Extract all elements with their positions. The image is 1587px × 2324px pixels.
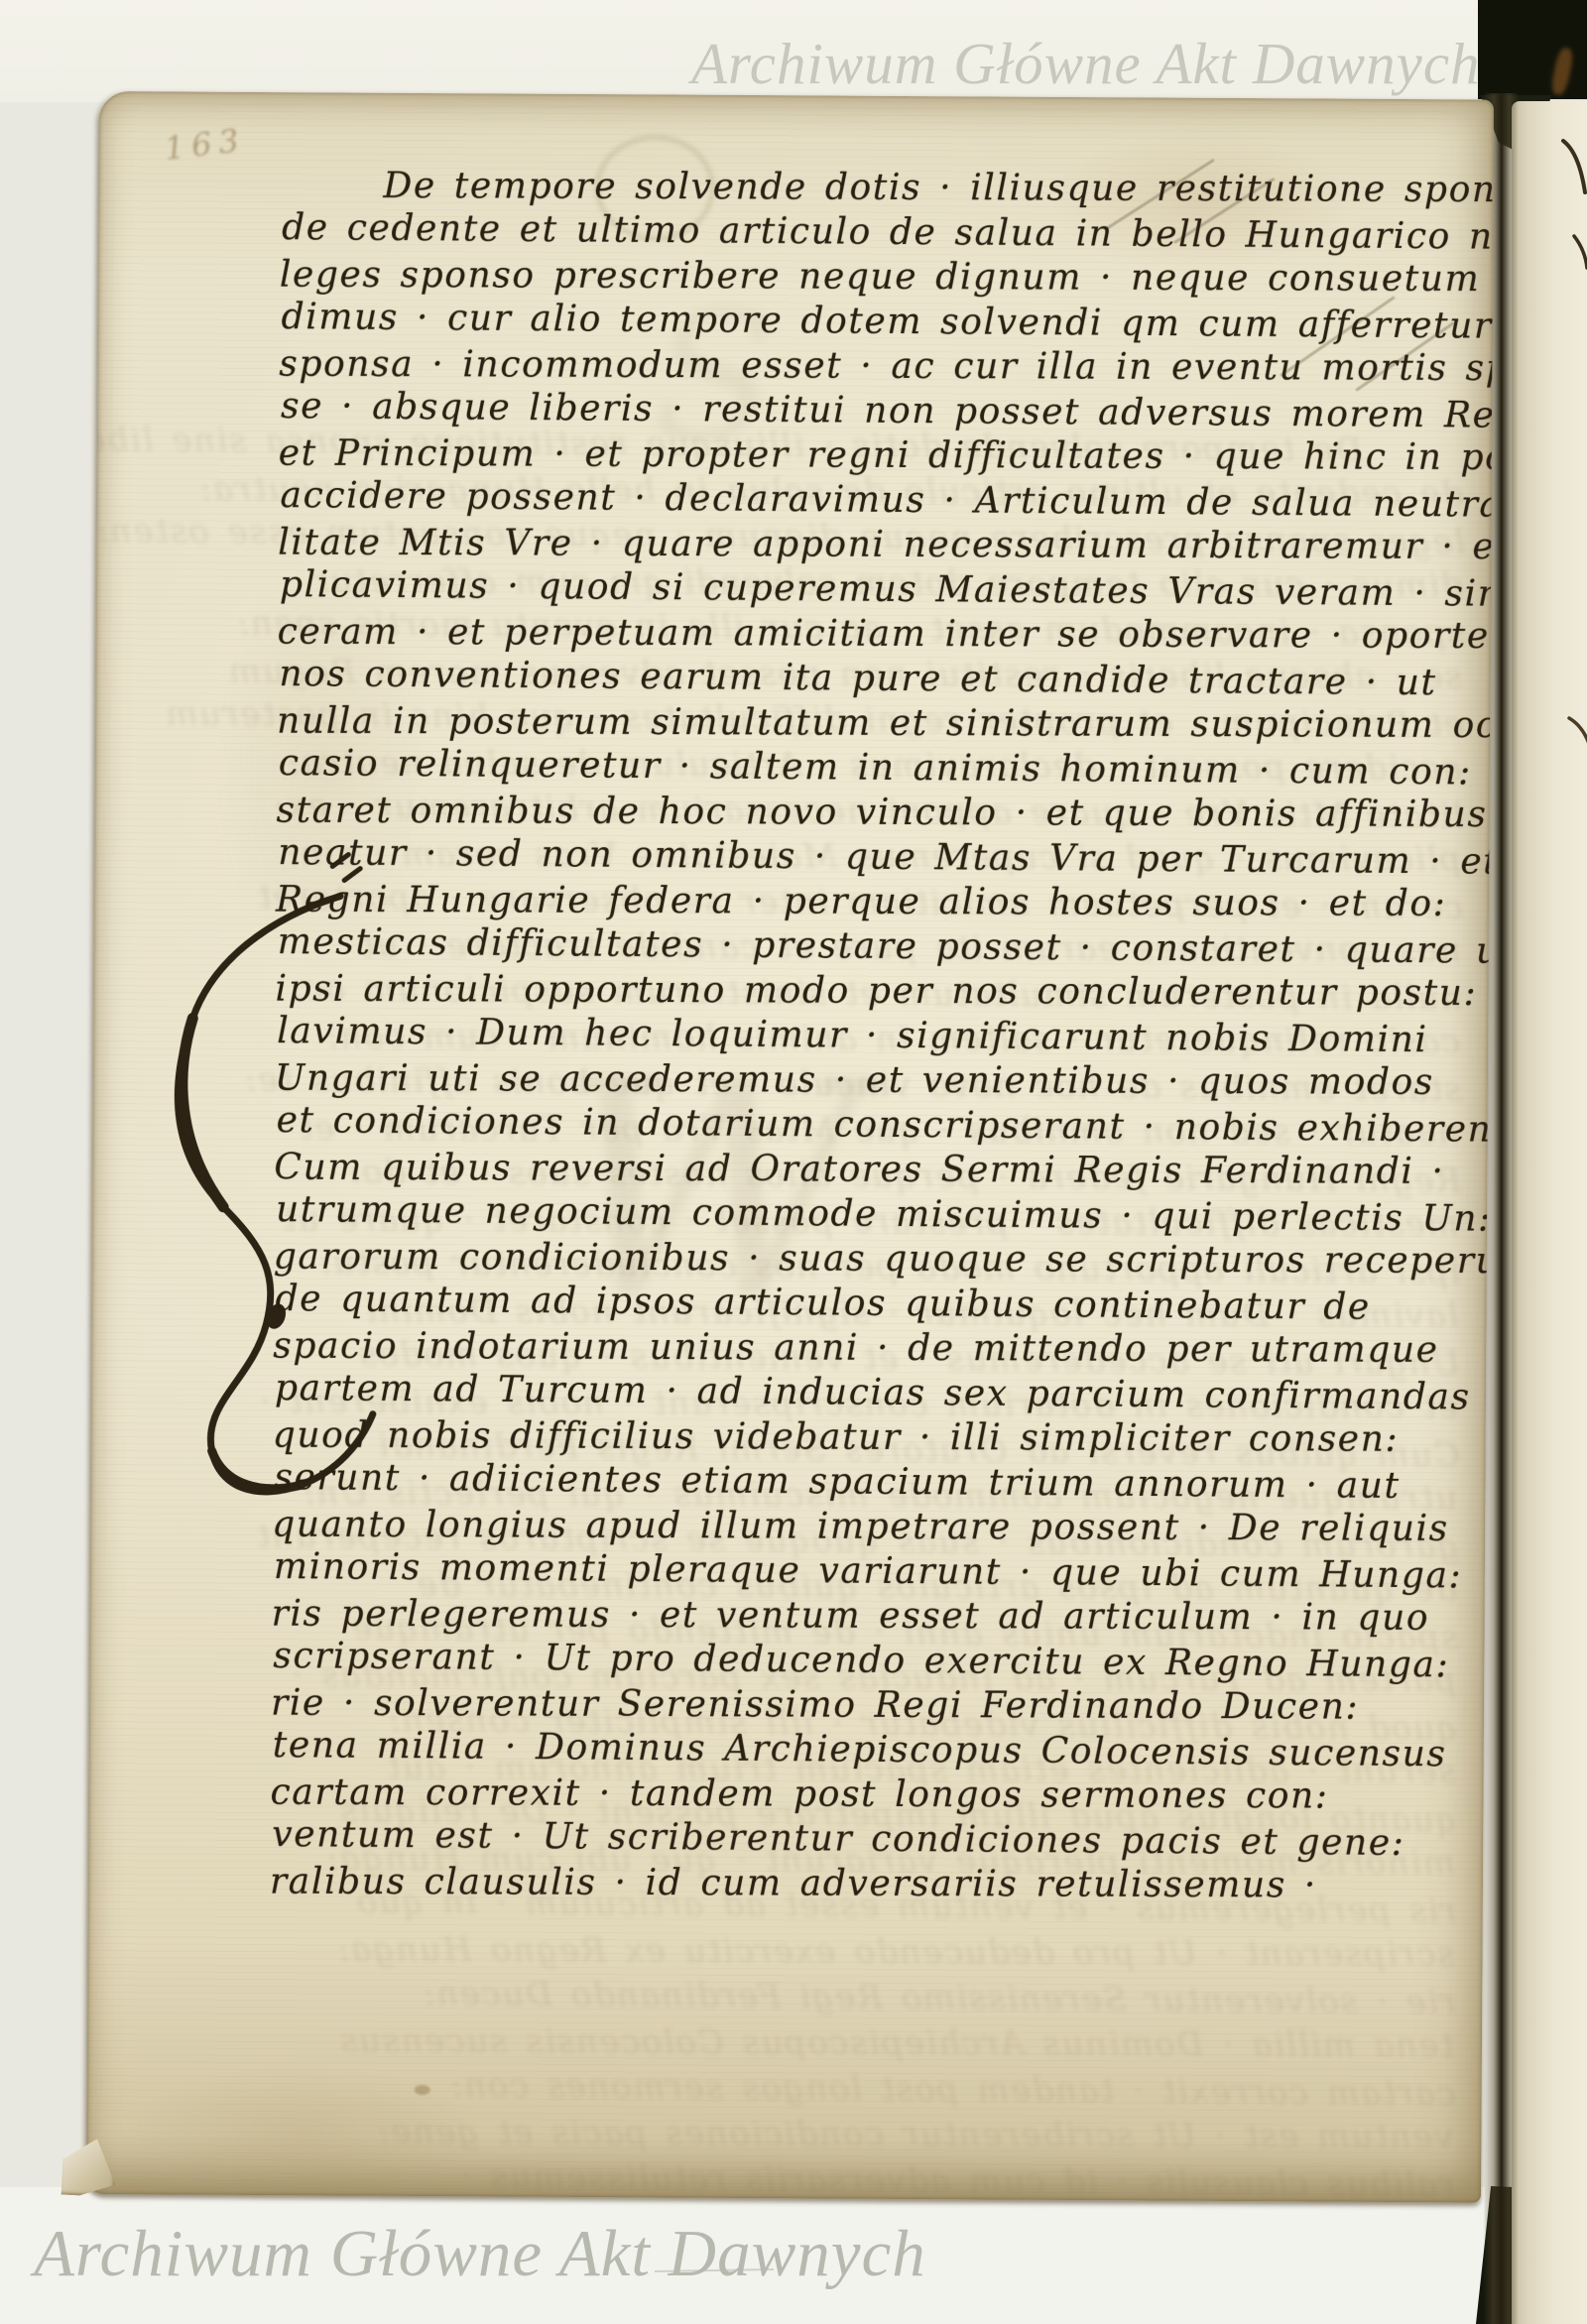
top-backing-sheet	[0, 0, 1482, 102]
manuscript-line: De tempore solvende dotis · illiusque re…	[280, 164, 1494, 213]
manuscript-line: lavimus · Dum hec loquimur · significaru…	[277, 1009, 1494, 1063]
manuscript-line: de cedente et ultimo articulo de salua i…	[282, 205, 1494, 260]
manuscript-line: cartam correxit · tandem post longos ser…	[270, 1771, 1494, 1820]
manuscript-line: staret omnibus de hoc novo vinculo · et …	[276, 789, 1493, 838]
manuscript-line: spacio indotarium unius anni · de mitten…	[273, 1324, 1494, 1374]
manuscript-line: leges sponso prescribere neque dignum · …	[280, 253, 1494, 303]
scanned-archive-image: W S De tempore solvende dotis · illiusqu…	[0, 0, 1587, 2324]
manuscript-line: Ungari uti se accederemus · et venientib…	[275, 1056, 1494, 1106]
manuscript-line: se · absque liberis · restitui non posse…	[281, 384, 1494, 438]
manuscript-line: casio relinqueretur · saltem in animis h…	[279, 741, 1494, 795]
manuscript-line: de quantum ad ipsos articulos quibus con…	[275, 1277, 1494, 1331]
manuscript-line: partem ad Turcum · ad inducias sex parci…	[275, 1366, 1494, 1420]
manuscript-page: W S De tempore solvende dotis · illiusqu…	[86, 91, 1494, 2203]
manuscript-line: nos conventiones earum ita pure et candi…	[279, 652, 1494, 706]
manuscript-line: et condiciones in dotarium conscripseran…	[276, 1098, 1493, 1153]
ghost-line: scripserant · Ut pro deducendo exercitu …	[224, 1926, 1454, 1977]
bottom-backing-sheet	[0, 2187, 1485, 2324]
manuscript-line: mesticas difficultates · prestare posset…	[278, 919, 1494, 974]
manuscript-line: quod nobis difficilius videbatur · illi …	[273, 1413, 1494, 1463]
ghost-line: rie · solverentur Serenissimo Regi Ferdi…	[226, 1969, 1456, 2025]
manuscript-line: ipsi articuli opportuno modo per nos con…	[275, 967, 1494, 1017]
manuscript-line: dimus · cur alio tempore dotem solvendi …	[281, 295, 1494, 349]
manuscript-line: plicavimus · quod si cuperemus Maiestate…	[280, 562, 1494, 617]
ghost-line: ralibus clausulis · id cum adversariis r…	[225, 2151, 1455, 2202]
manuscript-line: ris perlegeremus · et ventum esset ad ar…	[272, 1592, 1494, 1642]
manuscript-line: Regni Hungarie federa · perque alios hos…	[276, 878, 1494, 927]
manuscript-line: nulla in posterum simultatum et sinistra…	[277, 699, 1494, 749]
manuscript-line: minoris momenti pleraque variarunt · que…	[274, 1544, 1494, 1599]
manuscript-line: scripserant · Ut pro deducendo exercitu …	[273, 1634, 1494, 1688]
manuscript-line: rie · solverentur Serenissimo Regi Ferdi…	[271, 1681, 1494, 1731]
manuscript-line: neatur · sed non omnibus · que Mtas Vra …	[278, 830, 1494, 885]
manuscript-line: et Principum · et propter regni difficul…	[279, 431, 1494, 481]
manuscript-line: ceram · et perpetuam amicitiam inter se …	[278, 610, 1494, 660]
manuscript-line: serunt · adiicientes etiam spacium trium…	[274, 1455, 1494, 1510]
manuscript-line: tena millia · Dominus Archiepiscopus Col…	[273, 1723, 1494, 1777]
manuscript-line: accidere possent · declaravimus · Articu…	[280, 473, 1494, 528]
manuscript-line: Cum quibus reversi ad Oratores Sermi Reg…	[274, 1146, 1494, 1195]
manuscript-line: garorum condicionibus · suas quoque se s…	[274, 1235, 1494, 1284]
ghost-line: tena millia · Dominus Archiepiscopus Col…	[224, 2018, 1454, 2068]
facing-page-pen-marks	[1512, 101, 1587, 2324]
manuscript-line: utrumque negocium commode miscuimus · qu…	[276, 1187, 1494, 1242]
manuscript-line: ralibus clausulis · id cum adversariis r…	[270, 1860, 1494, 1909]
manuscript-line: sponsa · incommodum esset · ac cur illa …	[279, 342, 1494, 392]
ghost-line: ventum est · Ut scriberentur condiciones…	[223, 2109, 1453, 2159]
ghost-line: cartam correxit · tandem post longos ser…	[226, 2060, 1456, 2117]
manuscript-line: litate Mtis Vre · quare apponi necessari…	[278, 521, 1494, 570]
manuscript-line: ventum est · Ut scriberentur condiciones…	[272, 1812, 1494, 1867]
manuscript-line: quanto longius apud illum impetrare poss…	[272, 1503, 1494, 1552]
manuscript-text-block: De tempore solvende dotis · illiusque re…	[270, 162, 1494, 1910]
